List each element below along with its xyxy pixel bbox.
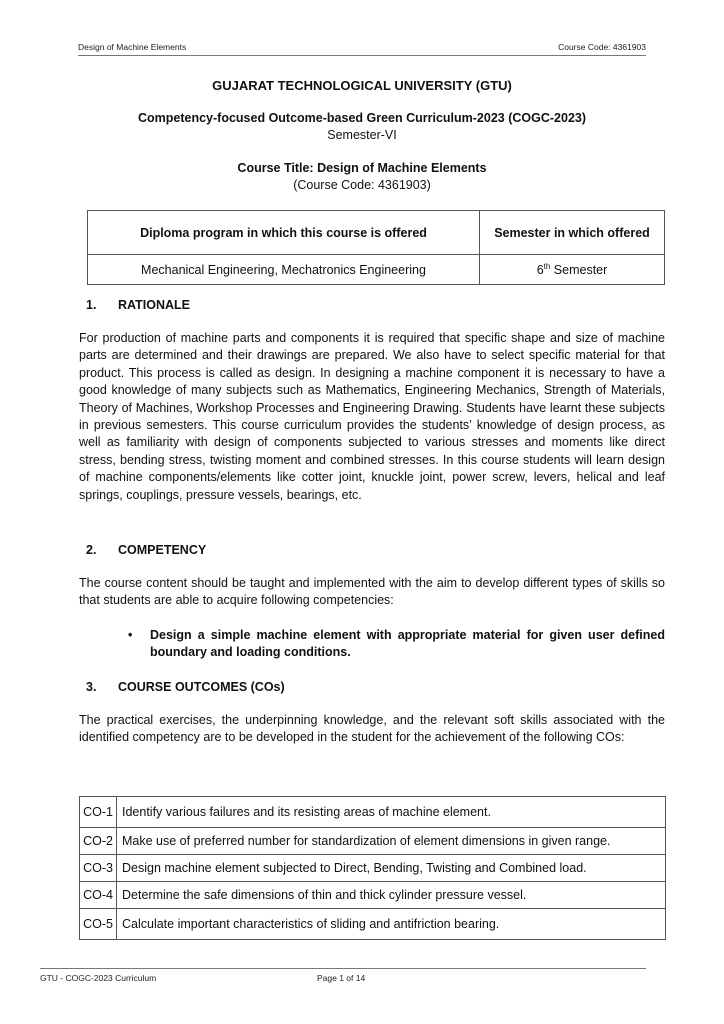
program-cell: Mechanical Engineering, Mechatronics Eng… xyxy=(88,255,480,285)
competency-bullet: • Design a simple machine element with a… xyxy=(128,627,665,662)
curriculum-title: Competency-focused Outcome-based Green C… xyxy=(0,111,724,125)
semester-cell: 6th Semester xyxy=(480,255,665,285)
university-title: GUJARAT TECHNOLOGICAL UNIVERSITY (GTU) xyxy=(0,78,724,93)
header-course-code: Course Code: 4361903 xyxy=(558,42,646,52)
page-number: Page 1 of 14 xyxy=(317,973,365,983)
table-row: CO-4 Determine the safe dimensions of th… xyxy=(80,882,666,909)
program-table: Diploma program in which this course is … xyxy=(87,210,665,285)
rationale-paragraph: For production of machine parts and comp… xyxy=(79,330,665,504)
page-header: Design of Machine Elements Course Code: … xyxy=(78,42,646,56)
competency-paragraph: The course content should be taught and … xyxy=(79,575,665,610)
semester-label: Semester-VI xyxy=(0,128,724,142)
table-row: CO-3 Design machine element subjected to… xyxy=(80,855,666,882)
program-header-cell: Diploma program in which this course is … xyxy=(88,211,480,255)
section-heading-competency: 2.COMPETENCY xyxy=(86,543,206,557)
program-table-header: Diploma program in which this course is … xyxy=(88,211,665,255)
course-outcomes-table: CO-1 Identify various failures and its r… xyxy=(79,796,666,940)
course-code: (Course Code: 4361903) xyxy=(0,178,724,192)
table-row: CO-5 Calculate important characteristics… xyxy=(80,909,666,940)
course-title: Course Title: Design of Machine Elements xyxy=(0,161,724,175)
table-row: CO-2 Make use of preferred number for st… xyxy=(80,828,666,855)
bullet-icon: • xyxy=(128,627,132,644)
program-table-row: Mechanical Engineering, Mechatronics Eng… xyxy=(88,255,665,285)
page-footer: GTU - COGC-2023 Curriculum Page 1 of 14 xyxy=(40,968,646,973)
footer-curriculum: GTU - COGC-2023 Curriculum xyxy=(40,973,156,983)
outcomes-paragraph: The practical exercises, the underpinnin… xyxy=(79,712,665,747)
section-heading-outcomes: 3.COURSE OUTCOMES (COs) xyxy=(86,680,285,694)
semester-header-cell: Semester in which offered xyxy=(480,211,665,255)
section-heading-rationale: 1.RATIONALE xyxy=(86,298,190,312)
table-row: CO-1 Identify various failures and its r… xyxy=(80,797,666,828)
header-course-name: Design of Machine Elements xyxy=(78,42,186,52)
